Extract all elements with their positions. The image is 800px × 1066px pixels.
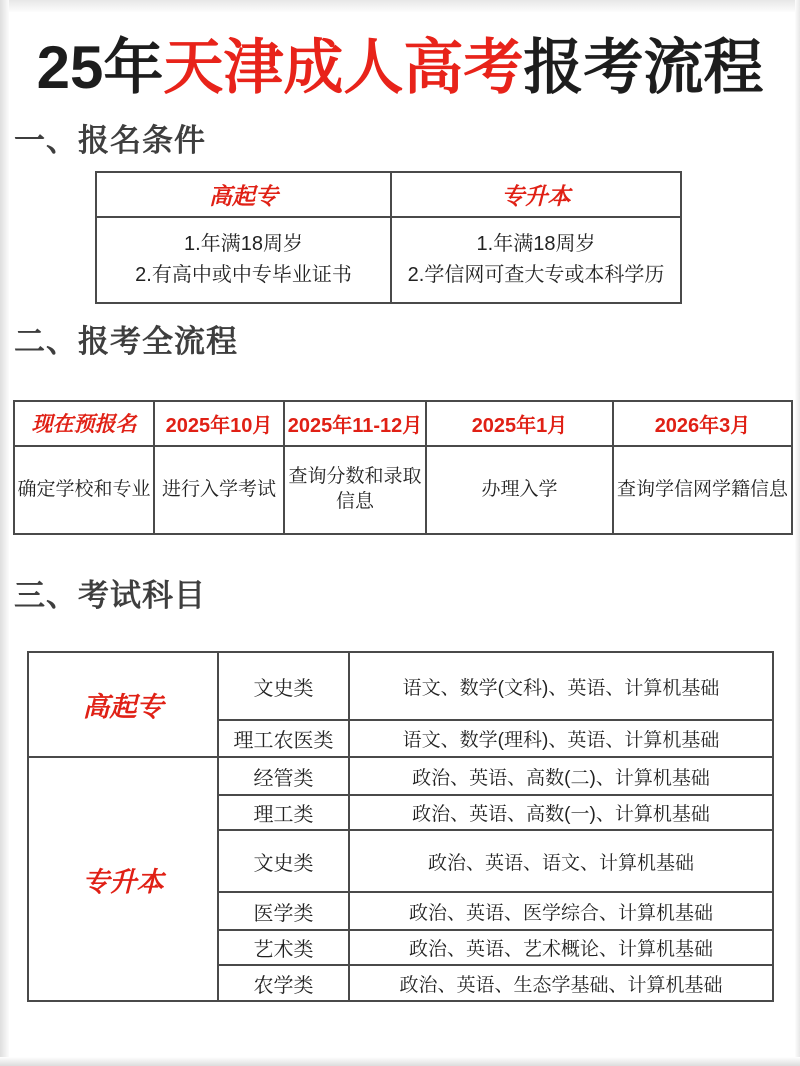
condition-line: 2.学信网可查大专或本科学历 xyxy=(392,260,680,291)
stage-cell-enrollment: 办理入学 xyxy=(426,446,613,534)
subjects-cell: 政治、英语、高数(一)、计算机基础 xyxy=(349,795,773,830)
subjects-cell: 政治、英语、医学综合、计算机基础 xyxy=(349,892,773,930)
section-heading-subjects: 三、考试科目 xyxy=(14,580,800,613)
stage-cell-check-status: 查询学信网学籍信息 xyxy=(613,446,792,534)
category-cell: 理工类 xyxy=(218,795,349,830)
photo-edge-bottom xyxy=(0,1057,800,1066)
stage-header-novdec2025: 2025年11-12月 xyxy=(284,401,426,446)
exam-subjects-table: 高起专 文史类 语文、数学(文科)、英语、计算机基础 理工农医类 语文、数学(理… xyxy=(27,651,774,1002)
conditions-zhuanshengben-cell: 1.年满18周岁 2.学信网可查大专或本科学历 xyxy=(391,217,681,303)
stage-cell-check-scores: 查询分数和录取信息 xyxy=(284,446,426,534)
level-cell-zhuanshengben: 专升本 xyxy=(28,757,218,1001)
col-header-zhuanshengben: 专升本 xyxy=(391,172,681,217)
stage-header-jan2025: 2025年1月 xyxy=(426,401,613,446)
title-year: 25年 xyxy=(37,34,164,101)
table-header-row: 现在预报名 2025年10月 2025年11-12月 2025年1月 2026年… xyxy=(14,401,792,446)
title-highlight: 天津成人高考 xyxy=(163,34,523,101)
category-cell: 医学类 xyxy=(218,892,349,930)
subjects-cell: 语文、数学(理科)、英语、计算机基础 xyxy=(349,720,773,757)
subjects-cell: 政治、英语、生态学基础、计算机基础 xyxy=(349,965,773,1001)
condition-line: 1.年满18周岁 xyxy=(97,229,390,260)
subjects-cell: 政治、英语、高数(二)、计算机基础 xyxy=(349,757,773,795)
process-timeline-table: 现在预报名 2025年10月 2025年11-12月 2025年1月 2026年… xyxy=(13,400,793,535)
poster: 25年天津成人高考报考流程 一、报名条件 高起专 专升本 1.年满18周岁 2.… xyxy=(0,0,800,1002)
section-heading-process: 二、报考全流程 xyxy=(14,326,800,359)
page-title: 25年天津成人高考报考流程 xyxy=(0,0,800,101)
title-suffix: 报考流程 xyxy=(523,34,763,101)
stage-cell-choose-school: 确定学校和专业 xyxy=(14,446,154,534)
category-cell: 农学类 xyxy=(218,965,349,1001)
conditions-gaoqizhuan-cell: 1.年满18周岁 2.有高中或中专毕业证书 xyxy=(96,217,391,303)
stage-header-prereg: 现在预报名 xyxy=(14,401,154,446)
subjects-cell: 政治、英语、语文、计算机基础 xyxy=(349,830,773,892)
table-row: 高起专 文史类 语文、数学(文科)、英语、计算机基础 xyxy=(28,652,773,720)
stage-cell-entrance-exam: 进行入学考试 xyxy=(154,446,284,534)
section-heading-conditions: 一、报名条件 xyxy=(14,125,800,158)
category-cell: 理工农医类 xyxy=(218,720,349,757)
stage-header-oct2025: 2025年10月 xyxy=(154,401,284,446)
col-header-gaoqizhuan: 高起专 xyxy=(96,172,391,217)
level-cell-gaoqizhuan: 高起专 xyxy=(28,652,218,757)
condition-line: 2.有高中或中专毕业证书 xyxy=(97,260,390,291)
table-row: 1.年满18周岁 2.有高中或中专毕业证书 1.年满18周岁 2.学信网可查大专… xyxy=(96,217,681,303)
registration-conditions-table: 高起专 专升本 1.年满18周岁 2.有高中或中专毕业证书 1.年满18周岁 2… xyxy=(95,171,682,304)
subjects-cell: 政治、英语、艺术概论、计算机基础 xyxy=(349,930,773,965)
stage-header-mar2026: 2026年3月 xyxy=(613,401,792,446)
subjects-cell: 语文、数学(文科)、英语、计算机基础 xyxy=(349,652,773,720)
category-cell: 文史类 xyxy=(218,830,349,892)
table-row: 专升本 经管类 政治、英语、高数(二)、计算机基础 xyxy=(28,757,773,795)
category-cell: 艺术类 xyxy=(218,930,349,965)
category-cell: 文史类 xyxy=(218,652,349,720)
table-header-row: 高起专 专升本 xyxy=(96,172,681,217)
condition-line: 1.年满18周岁 xyxy=(392,229,680,260)
table-row: 确定学校和专业 进行入学考试 查询分数和录取信息 办理入学 查询学信网学籍信息 xyxy=(14,446,792,534)
category-cell: 经管类 xyxy=(218,757,349,795)
